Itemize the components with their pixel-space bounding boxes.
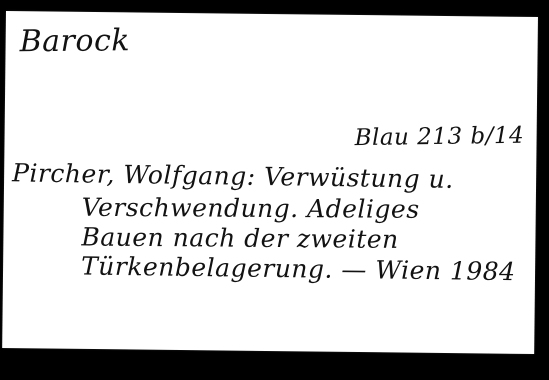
scan-background: Barock Blau 213 b/14 Pircher, Wolfgang: …: [0, 0, 549, 380]
shelfmark: Blau 213 b/14: [355, 123, 525, 152]
entry-line-title-continued: Bauen nach der zweiten: [81, 222, 398, 253]
catalog-card: Barock Blau 213 b/14 Pircher, Wolfgang: …: [2, 11, 538, 354]
subject-heading: Barock: [19, 23, 130, 59]
entry-line-title-imprint: Türkenbelagerung. — Wien 1984: [81, 251, 516, 286]
entry-line-author-title: Pircher, Wolfgang: Verwüstung u.: [12, 158, 454, 194]
entry-line-title-continued: Verschwendung. Adeliges: [82, 193, 420, 224]
